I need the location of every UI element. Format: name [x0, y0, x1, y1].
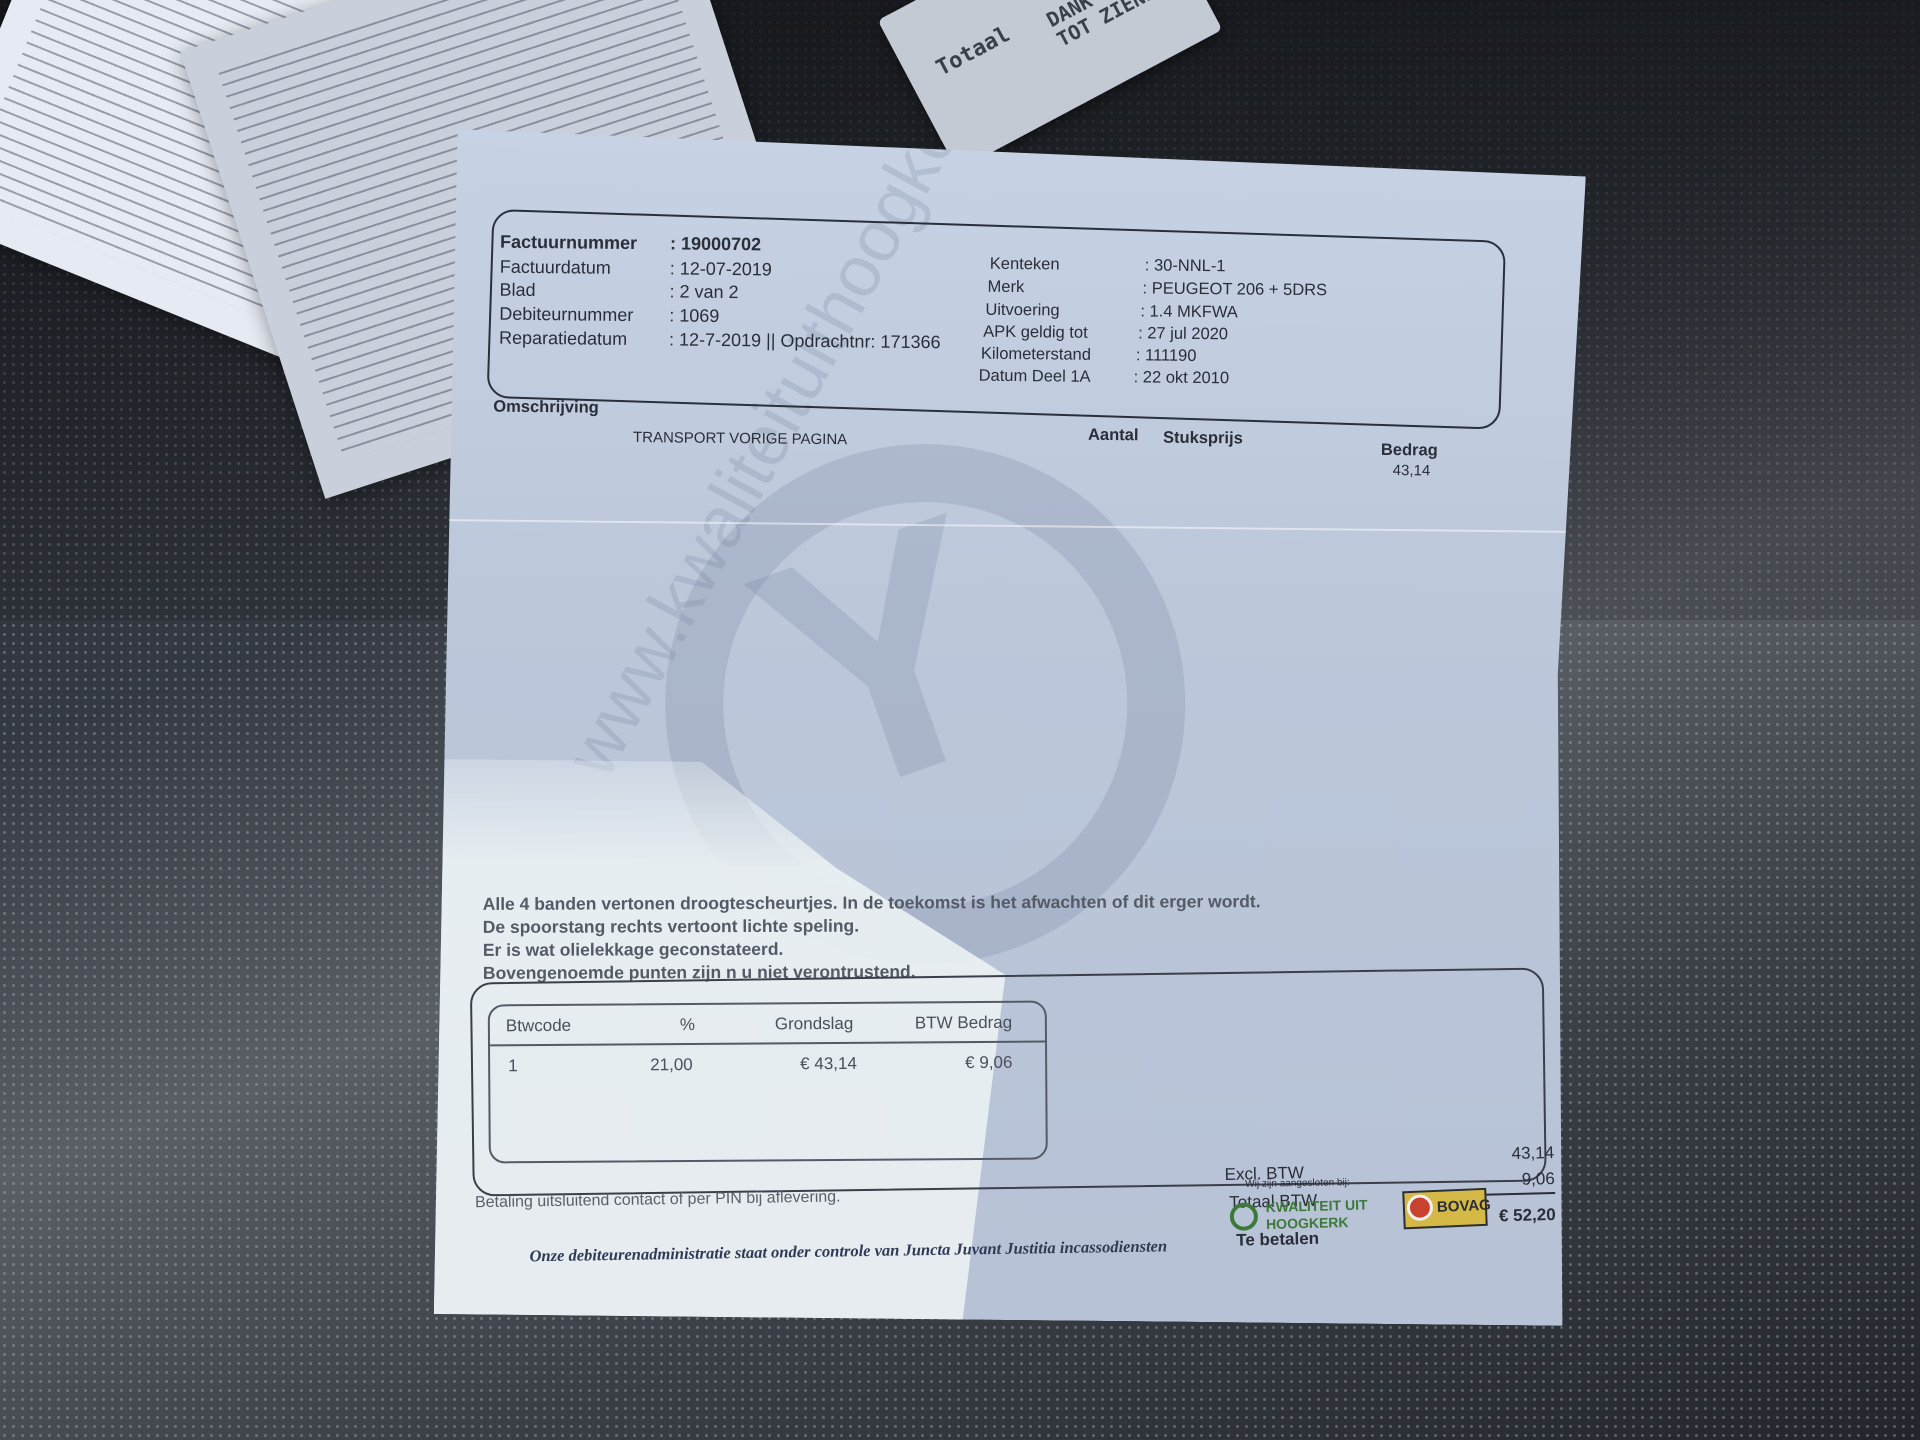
total-btw-value: 9,06: [1521, 1169, 1555, 1190]
btw-header-amount: BTW Bedrag: [915, 1013, 1012, 1034]
vehicle-field-3: APK geldig tot: 27 jul 2020: [983, 323, 1088, 343]
excl-btw-value: 43,14: [1511, 1143, 1554, 1164]
column-quantity-header: Aantal: [1088, 426, 1139, 446]
btw-header-rule: [490, 1041, 1045, 1047]
header-field-factuurdatum: Factuurdatum: 12-07-2019: [500, 257, 611, 279]
field-label: Kilometerstand: [981, 345, 1091, 365]
field-value: : 1.4 MKFWA: [1140, 302, 1238, 322]
membership-label: Wij zijn aangesloten bij:: [1245, 1177, 1350, 1190]
header-field-factuurnummer: Factuurnummer: 19000702: [500, 232, 637, 254]
field-label: Factuurnummer: [500, 232, 637, 254]
field-label: Uitvoering: [985, 301, 1059, 321]
btw-table: Btwcode % Grondslag BTW Bedrag 1 21,00 €…: [488, 1001, 1048, 1164]
btw-cell-percent: 21,00: [650, 1055, 693, 1075]
note-line: Alle 4 banden vertonen droogtescheurtjes…: [483, 890, 1261, 916]
vehicle-field-0: Kenteken: 30-NNL-1: [990, 255, 1060, 275]
vehicle-field-5: Datum Deel 1A: 22 okt 2010: [979, 367, 1091, 387]
header-field-debiteurnummer: Debiteurnummer: 1069: [499, 304, 633, 326]
field-label: APK geldig tot: [983, 323, 1088, 343]
field-value: : 1069: [669, 305, 719, 327]
field-label: Datum Deel 1A: [979, 367, 1091, 387]
bovag-logo: BOVAG: [1402, 1188, 1488, 1229]
field-label: Factuurdatum: [500, 257, 611, 279]
field-value: : 111190: [1136, 346, 1197, 366]
invoice-sheet: Y www.kwaliteituithoogkerk.nl Factuurnum…: [434, 129, 1586, 1326]
bovag-logo-text: BOVAG: [1437, 1197, 1492, 1216]
line-item-amount: 43,14: [1393, 462, 1431, 479]
field-label: Merk: [988, 278, 1025, 297]
vehicle-field-1: Merk: PEUGEOT 206 + 5DRS: [988, 278, 1025, 297]
column-amount-header: Bedrag: [1381, 441, 1438, 461]
field-value: : 2 van 2: [669, 281, 738, 303]
field-value: : PEUGEOT 206 + 5DRS: [1143, 279, 1328, 300]
field-label: Debiteurnummer: [499, 304, 633, 326]
header-field-reparatiedatum: Reparatiedatum: 12-7-2019 || Opdrachtnr:…: [499, 328, 627, 350]
btw-cell-code: 1: [508, 1056, 518, 1076]
column-description-header: Omschrijving: [493, 398, 599, 418]
field-label: Blad: [499, 280, 535, 301]
vehicle-field-2: Uitvoering: 1.4 MKFWA: [985, 301, 1059, 321]
kwaliteit-logo-text: KWALITEIT UIT HOOGKERK: [1265, 1197, 1368, 1233]
receipt-thanks-text: DANK U TOT ZIENS: [1043, 0, 1159, 51]
btw-header-code: Btwcode: [506, 1016, 571, 1036]
footer-note: Onze debiteurenadministratie staat onder…: [529, 1236, 1167, 1266]
amount-due-value: € 52,20: [1499, 1205, 1556, 1226]
field-label: Kenteken: [990, 255, 1060, 275]
btw-header-base: Grondslag: [775, 1014, 854, 1035]
field-label: Reparatiedatum: [499, 328, 627, 350]
field-value: : 12-7-2019 || Opdrachtnr: 171366: [669, 329, 941, 353]
kwaliteit-uit-hoogkerk-logo: KWALITEIT UIT HOOGKERK: [1229, 1194, 1380, 1238]
field-value: : 30-NNL-1: [1145, 256, 1226, 276]
line-item-description: TRANSPORT VORIGE PAGINA: [633, 429, 847, 448]
receipt-total-label: Totaal: [932, 22, 1014, 81]
btw-cell-base: € 43,14: [800, 1054, 857, 1074]
header-field-blad: Blad: 2 van 2: [499, 280, 535, 301]
btw-cell-amount: € 9,06: [965, 1053, 1012, 1073]
field-value: : 27 jul 2020: [1138, 324, 1228, 344]
bovag-logo-icon: [1406, 1194, 1433, 1221]
btw-header-percent: %: [680, 1015, 695, 1035]
vehicle-field-4: Kilometerstand: 111190: [981, 345, 1091, 365]
kwaliteit-logo-icon: [1230, 1202, 1259, 1231]
inspection-notes: Alle 4 banden vertonen droogtescheurtjes…: [483, 890, 1261, 985]
column-unit-price-header: Stuksprijs: [1163, 429, 1243, 449]
field-value: : 12-07-2019: [670, 258, 772, 280]
field-value: : 19000702: [670, 233, 761, 255]
note-line: De spoorstang rechts vertoont lichte spe…: [483, 913, 1261, 939]
field-value: : 22 okt 2010: [1134, 368, 1230, 388]
note-line: Er is wat olielekkage geconstateerd.: [483, 936, 1261, 962]
